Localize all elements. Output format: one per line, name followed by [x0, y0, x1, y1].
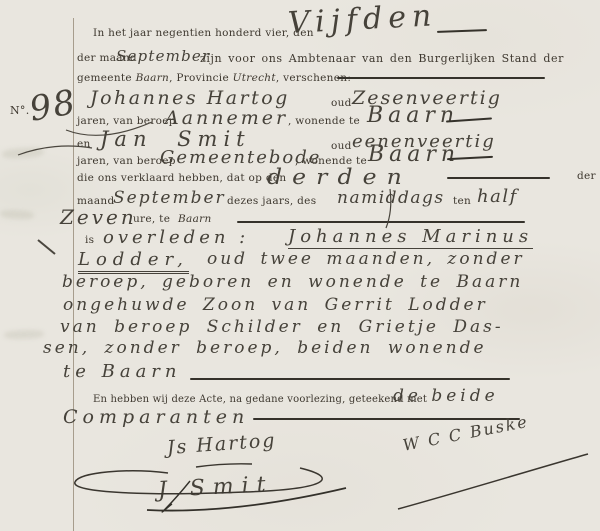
printed-gemeente-name: Baarn	[136, 72, 170, 84]
hw-act-day: Vijfden	[287, 0, 438, 41]
hw-rule	[190, 378, 510, 380]
printed-gemeente-line: gemeente Baarn, Provincie Utrecht, versc…	[77, 72, 351, 84]
official-underline-stroke	[398, 454, 588, 509]
record-number-value: 98	[27, 82, 80, 130]
hw-rule	[237, 221, 525, 223]
printed-verklaard-line: die ons verklaard hebben, dat op den	[77, 172, 286, 184]
printed-oud-2: oud	[331, 140, 352, 152]
bleed-through-mark	[0, 209, 34, 220]
hw-rule	[337, 77, 545, 79]
bleed-through-mark	[2, 147, 45, 160]
hw-dash	[437, 29, 487, 33]
printed-provincie: , Provincie	[169, 72, 229, 84]
hw-declarant2-residence: Baarn	[368, 142, 460, 167]
hw-dash	[447, 177, 550, 179]
margin-tick-stroke	[38, 240, 55, 254]
hw-death-day: derden	[267, 165, 412, 189]
signature-declarant2: J Smit	[157, 472, 274, 503]
printed-beroep-1: jaren, van beroep	[77, 115, 176, 127]
hw-time-part: namiddags	[337, 188, 445, 208]
hartog-underline-stroke	[196, 464, 252, 467]
hw-body-line: beroep, geboren en wonende te Baarn	[62, 272, 523, 292]
printed-dezes-jaars: dezes jaars, des	[227, 195, 316, 207]
printed-oud-1: oud	[331, 97, 352, 109]
hw-time-hour: Zeven	[60, 205, 137, 229]
signature-declarant1: Js Hartog	[166, 429, 277, 459]
printed-ure-te: ure, te	[133, 213, 170, 225]
hw-declarant1-occupation: Aannemer	[165, 107, 288, 129]
hw-deceased-name: Johannes Marinus	[288, 226, 533, 249]
printed-provincie-name: Utrecht	[233, 72, 276, 84]
printed-en: en	[77, 138, 91, 150]
hw-body-line: sen, zonder beroep, beiden wonende	[43, 338, 487, 358]
hw-body-line: van beroep Schilder en Grietje Das-	[60, 317, 504, 337]
hw-de-beide: de beide	[393, 386, 499, 406]
printed-closing-line: En hebben wij deze Acte, na gedane voorl…	[93, 394, 427, 405]
death-record-scan: N°. 98 In het jaar negentien honderd vie…	[0, 0, 600, 531]
record-number-label: N°.	[10, 104, 30, 117]
bleed-through-mark	[4, 329, 44, 339]
printed-baarn-italic: Baarn	[178, 213, 212, 225]
printed-is: is	[85, 234, 94, 246]
hw-rule	[253, 418, 520, 420]
hw-act-month: September	[116, 47, 210, 65]
hw-declarant1-name: Johannes Hartog	[90, 87, 290, 109]
hw-deceased-surname: Lodder,	[78, 249, 189, 274]
hw-declarant1-residence: Baarn	[367, 103, 459, 128]
hw-time-half: half	[477, 186, 518, 207]
hw-comparanten: Comparanten	[63, 406, 249, 428]
hw-overleden: overleden :	[103, 227, 249, 248]
hw-body-line: ongehuwde Zoon van Gerrit Lodder	[63, 295, 488, 315]
hw-deceased-age: oud twee maanden, zonder	[207, 249, 525, 269]
printed-gemeente: gemeente	[77, 72, 132, 84]
printed-year-line: In het jaar negentien honderd vier, den	[93, 27, 314, 39]
printed-official-line: zijn voor ons Ambtenaar van den Burgerli…	[200, 52, 564, 65]
printed-wonende-1: , wonende te	[288, 115, 360, 127]
hw-residence-close: te Baarn	[63, 361, 182, 382]
printed-der: der	[577, 170, 596, 182]
printed-ten: ten	[453, 195, 471, 207]
